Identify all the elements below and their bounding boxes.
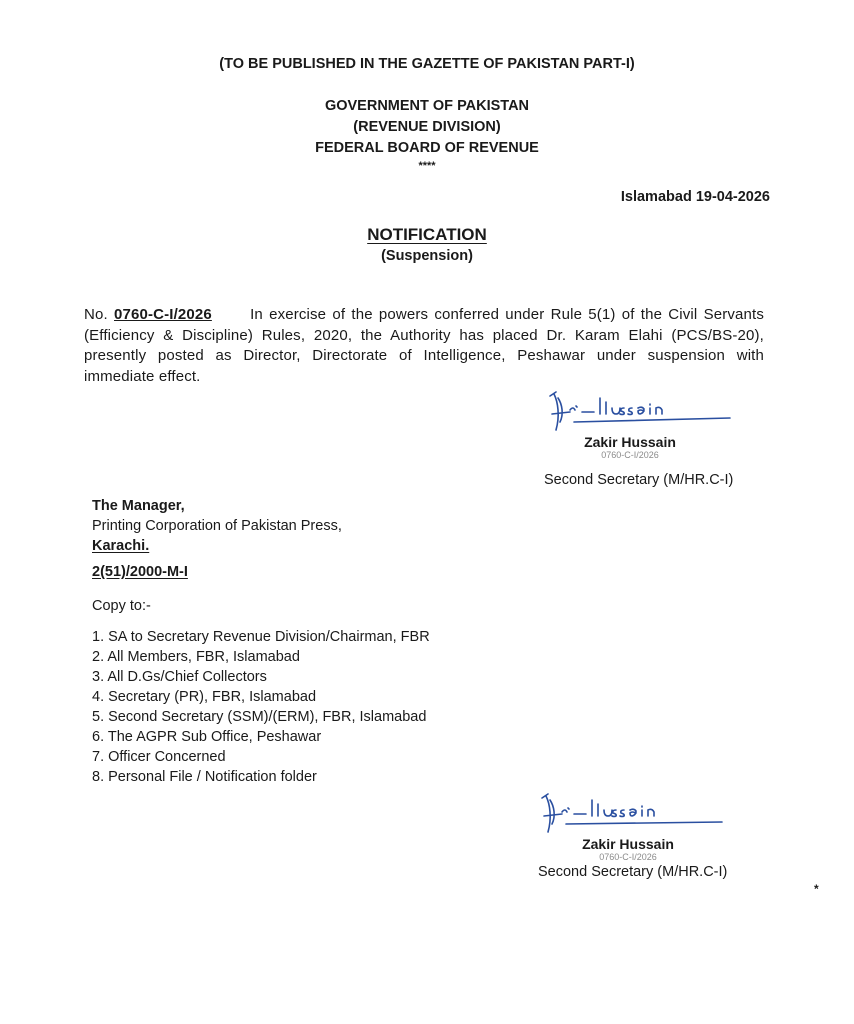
list-item: 5. Second Secretary (SSM)/(ERM), FBR, Is…: [92, 707, 430, 727]
board-heading: FEDERAL BOARD OF REVENUE: [0, 140, 854, 156]
addressee-city: Karachi.: [92, 536, 149, 556]
file-number: 2(51)/2000-M-I: [92, 562, 188, 582]
footer-asterisk: *: [814, 882, 819, 896]
notification-title: NOTIFICATION: [0, 225, 854, 245]
signature-block-2: Zakir Hussain 0760-C-I/2026: [532, 790, 732, 862]
list-item: 8. Personal File / Notification folder: [92, 767, 430, 787]
reference-number: 0760-C-I/2026: [114, 306, 212, 323]
addressee-title: The Manager,: [92, 496, 185, 516]
signatory-designation: Second Secretary (M/HR.C-I): [538, 864, 727, 880]
list-item: 3. All D.Gs/Chief Collectors: [92, 667, 430, 687]
gazette-notice: (TO BE PUBLISHED IN THE GAZETTE OF PAKIS…: [0, 56, 854, 72]
number-prefix: No.: [84, 306, 108, 323]
government-heading: GOVERNMENT OF PAKISTAN: [0, 98, 854, 114]
signature-block-1: Zakir Hussain 0760-C-I/2026: [540, 388, 740, 460]
list-item: 2. All Members, FBR, Islamabad: [92, 647, 430, 667]
notification-subtitle: (Suspension): [0, 248, 854, 264]
list-item: 6. The AGPR Sub Office, Peshawar: [92, 727, 430, 747]
copy-to-label: Copy to:-: [92, 596, 151, 616]
heading-separator: ****: [0, 160, 854, 172]
addressee-organization: Printing Corporation of Pakistan Press,: [92, 516, 342, 536]
copy-to-list: 1. SA to Secretary Revenue Division/Chai…: [92, 627, 430, 787]
notification-body: No. 0760-C-I/2026 In exercise of the pow…: [84, 305, 764, 387]
division-heading: (REVENUE DIVISION): [0, 119, 854, 135]
list-item: 1. SA to Secretary Revenue Division/Chai…: [92, 627, 430, 647]
signatory-number: 0760-C-I/2026: [520, 450, 740, 460]
signatory-designation: Second Secretary (M/HR.C-I): [544, 472, 733, 488]
list-item: 4. Secretary (PR), FBR, Islamabad: [92, 687, 430, 707]
signatory-number: 0760-C-I/2026: [524, 852, 732, 862]
list-item: 7. Officer Concerned: [92, 747, 430, 767]
handwritten-signature-icon: [540, 388, 740, 434]
handwritten-signature-icon: [532, 790, 732, 836]
signatory-name: Zakir Hussain: [520, 434, 740, 450]
place-date: Islamabad 19-04-2026: [621, 189, 770, 205]
signatory-name: Zakir Hussain: [524, 836, 732, 852]
